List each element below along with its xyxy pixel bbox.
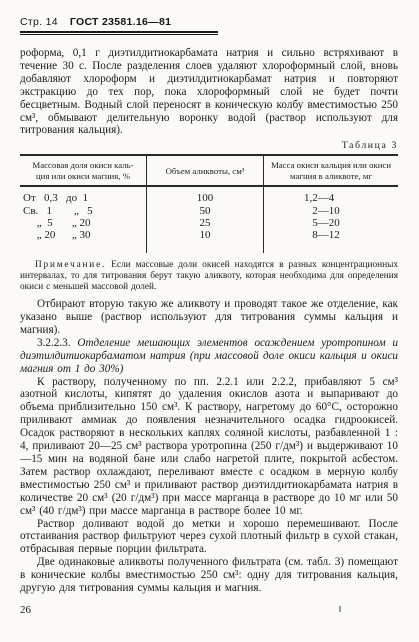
table-caption: Таблица 3 — [20, 140, 398, 151]
standard-number: ГОСТ 23581.16—81 — [70, 16, 171, 28]
document-page: Стр. 14ГОСТ 23581.16—81 роформа, 0,1 г д… — [0, 0, 419, 616]
table-body: От 0,3 до 1 Св. 1 „ 5 „ 5 „ 20 „ 20 „ 30… — [20, 187, 398, 252]
paragraph-second-aliquot: Отбирают вторую такую же аликвоту и пров… — [20, 298, 398, 337]
page-label: Стр. 14 — [20, 16, 58, 28]
table-cell: 25 — [147, 217, 263, 229]
column-oxide-mass: 1,2—4 2—10 5—20 8—12 — [263, 187, 398, 252]
table-cell: 100 — [147, 192, 263, 204]
table-header-row: Массовая доля окиси каль- ция или окиси … — [20, 156, 398, 187]
table-cell: От 0,3 до 1 — [20, 192, 146, 204]
paragraph-filtration: Раствор доливают водой до метки и хорошо… — [20, 518, 398, 557]
table-cell: 8—12 — [264, 229, 398, 241]
column-header-mass-fraction: Массовая доля окиси каль- ция или окиси … — [20, 156, 146, 185]
column-header-oxide-mass: Масса окиси кальция или окиси магния в а… — [263, 156, 398, 185]
table-cell: 10 — [147, 229, 263, 241]
paragraph-continuation: роформа, 0,1 г диэтилдитиокарбамата натр… — [20, 47, 398, 137]
section-title: Отделение мешающих элементов осаждением … — [20, 337, 398, 375]
section-number: 3.2.2.3. — [37, 337, 71, 349]
page-header: Стр. 14ГОСТ 23581.16—81 — [20, 16, 218, 33]
section-heading: 3.2.2.3. Отделение мешающих элементов ос… — [20, 337, 398, 376]
aliquot-table: Массовая доля окиси каль- ция или окиси … — [20, 154, 398, 252]
table-cell: 5—20 — [264, 217, 398, 229]
paragraph-procedure: К раствору, полученному по пп. 2.2.1 или… — [20, 376, 398, 518]
paragraph-aliquots: Две одинаковые аликвоты полученного филь… — [20, 556, 398, 595]
page-number: 26 — [20, 604, 398, 616]
table-cell: 50 — [147, 205, 263, 217]
column-header-aliquot-volume: Объем аликвоты, см³ — [146, 156, 263, 185]
table-cell: 2—10 — [264, 205, 398, 217]
column-mass-fraction: От 0,3 до 1 Св. 1 „ 5 „ 5 „ 20 „ 20 „ 30 — [20, 187, 146, 252]
table-cell: „ 20 „ 30 — [20, 229, 146, 241]
table-cell: 1,2—4 — [264, 192, 398, 204]
table-cell: Св. 1 „ 5 — [20, 205, 146, 217]
column-aliquot-volume: 100 50 25 10 — [146, 187, 263, 252]
table-note: Примечание. Если массовые доли окисей на… — [20, 260, 398, 294]
note-label: Примечание. — [35, 260, 106, 270]
table-cell: „ 5 „ 20 — [20, 217, 146, 229]
scan-artifact — [339, 606, 341, 612]
